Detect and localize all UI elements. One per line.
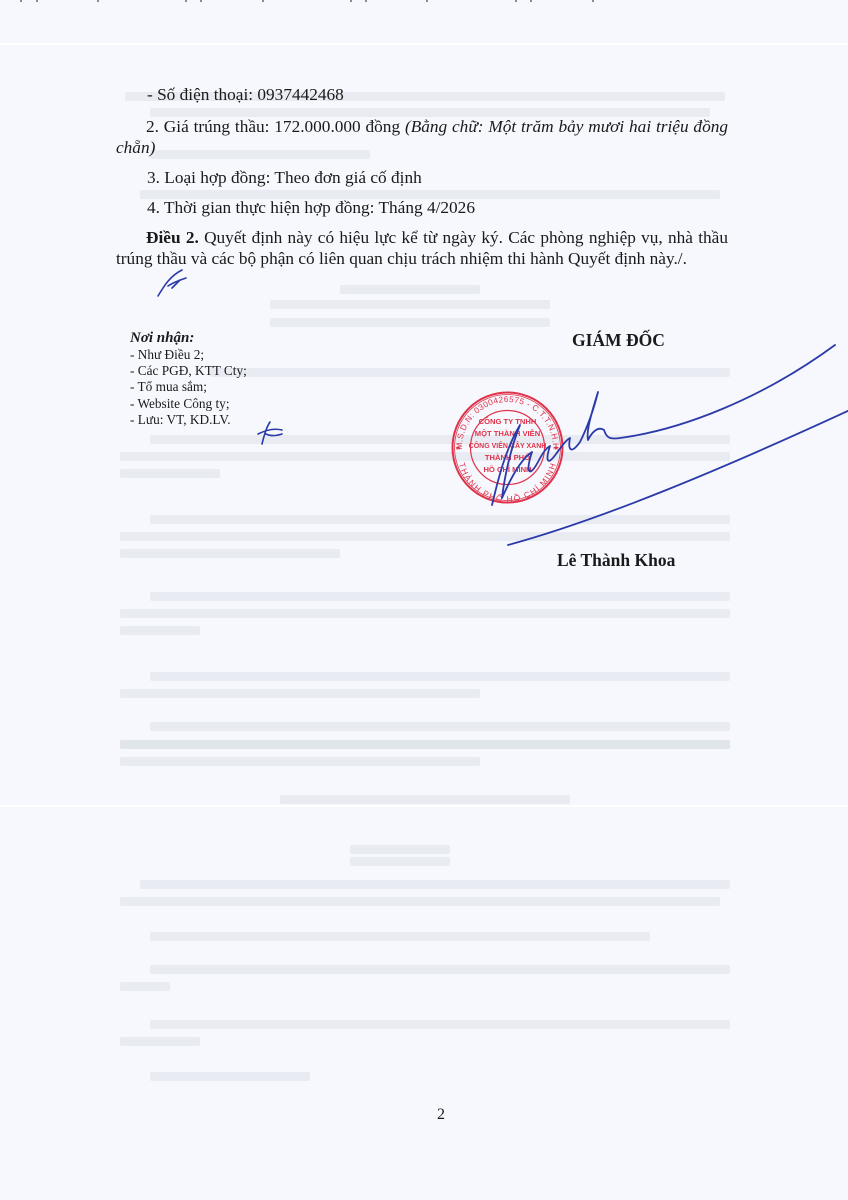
recipient-item: - Website Công ty; (130, 396, 247, 412)
phone-line: - Số điện thoại: 0937442468 (147, 85, 344, 105)
initials-mark (252, 418, 292, 448)
recipient-item: - Các PGĐ, KTT Cty; (130, 363, 247, 379)
recipient-item: - Như Điều 2; (130, 347, 247, 363)
bid-price-paragraph: 2. Giá trúng thầu: 172.000.000 đồng (Bằn… (116, 116, 728, 158)
article-2-text: Quyết định này có hiệu lực kể từ ngày ký… (116, 228, 728, 268)
contract-type-line: 3. Loại hợp đồng: Theo đơn giá cố định (147, 168, 422, 188)
recipient-item: - Lưu: VT, KD.LV. (130, 412, 247, 428)
stamp-star-left: ★ (455, 444, 461, 452)
director-signature (480, 330, 848, 560)
signatory-name: Lê Thành Khoa (557, 550, 675, 571)
scan-edge-dots (0, 0, 848, 4)
initials-mark (150, 264, 200, 304)
recipient-item: - Tổ mua sắm; (130, 379, 247, 395)
recipients-block: Nơi nhận: - Như Điều 2; - Các PGĐ, KTT C… (130, 330, 247, 428)
article-2-paragraph: Điều 2. Quyết định này có hiệu lực kể từ… (116, 227, 728, 269)
scan-band (0, 43, 848, 45)
scan-band (0, 805, 848, 807)
article-2-label: Điều 2. (146, 228, 199, 247)
contract-duration-line: 4. Thời gian thực hiện hợp đồng: Tháng 4… (147, 198, 475, 218)
bid-price-label: 2. Giá trúng thầu: 172.000.000 đồng (146, 117, 405, 136)
page-number: 2 (437, 1106, 445, 1124)
recipients-title: Nơi nhận: (130, 330, 247, 347)
